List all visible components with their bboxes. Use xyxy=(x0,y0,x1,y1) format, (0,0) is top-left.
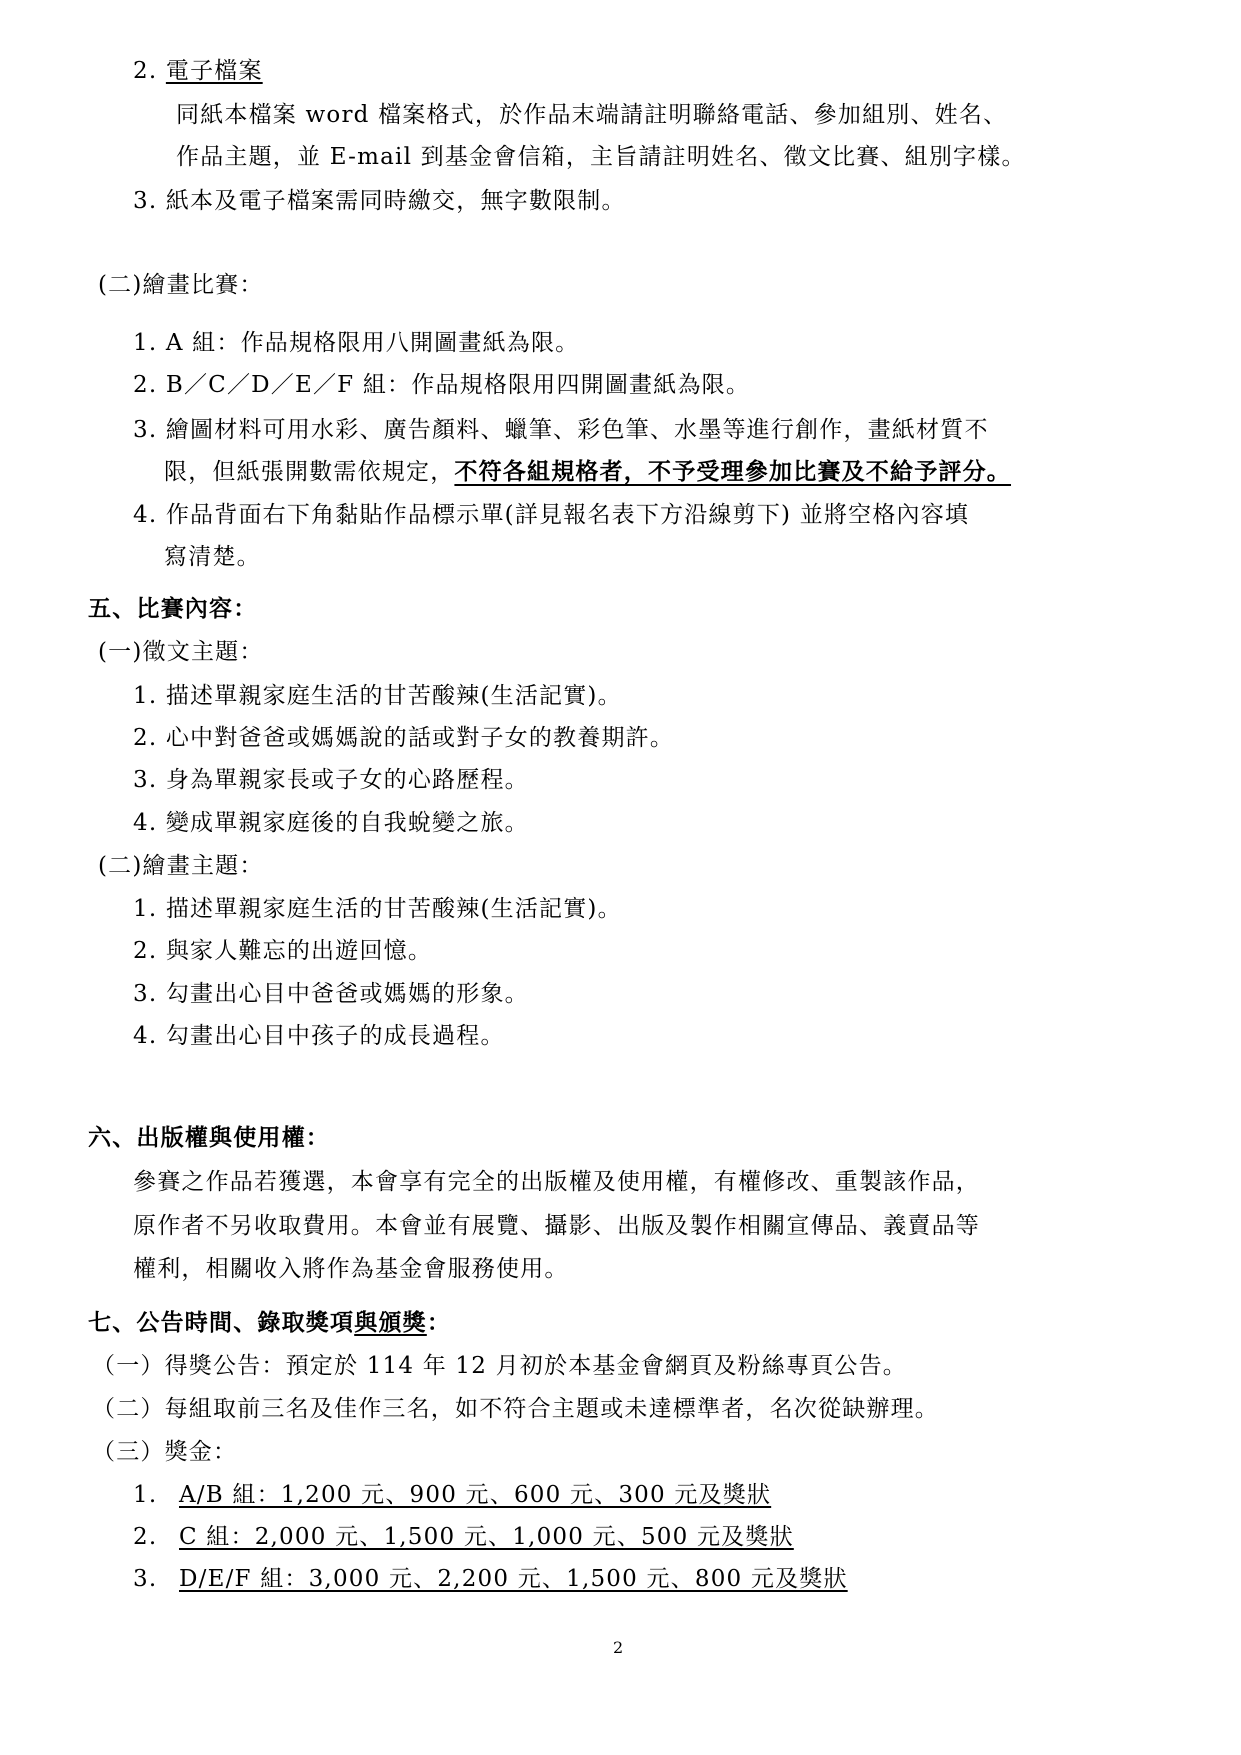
section-heading: 六、出版權與使用權： xyxy=(88,1123,330,1153)
list-item: 4. 勾畫出心目中孩子的成長過程。 xyxy=(133,1021,505,1051)
list-item: （一）得獎公告：預定於 114 年 12 月初於本基金會網頁及粉絲專頁公告。 xyxy=(92,1351,907,1381)
prize-item: 3.D/E/F 組：3,000 元、2,200 元、1,500 元、800 元及… xyxy=(133,1564,848,1594)
prize-item: 1.A/B 組：1,200 元、900 元、600 元、300 元及獎狀 xyxy=(133,1480,771,1510)
paragraph-line: 限，但紙張開數需依規定，不符各組規格者，不予受理參加比賽及不給予評分。 xyxy=(164,457,1011,487)
prize-text: A/B 組：1,200 元、900 元、600 元、300 元及獎狀 xyxy=(179,1482,771,1508)
heading-text: 七、公告時間、錄取獎項 xyxy=(88,1310,354,1336)
paragraph-line: 作品主題，並 E-mail 到基金會信箱，主旨請註明姓名、徵文比賽、組別字樣。 xyxy=(176,142,1026,172)
list-item: 3. 繪圖材料可用水彩、廣告顏料、蠟筆、彩色筆、水墨等進行創作，畫紙材質不 xyxy=(133,415,989,445)
item-number: 2. xyxy=(133,58,157,84)
list-item: 4. 作品背面右下角黏貼作品標示單(詳見報名表下方沿線剪下) 並將空格內容填 xyxy=(133,500,969,530)
emphasis-text: 不符各組規格者，不予受理參加比賽及不給予評分。 xyxy=(454,459,1011,485)
list-item: 2. B／C／D／E／F 組：作品規格限用四開圖畫紙為限。 xyxy=(133,370,750,400)
list-item-electronic-file: 2. 電子檔案 xyxy=(133,56,263,86)
list-item: 1. A 組：作品規格限用八開圖畫紙為限。 xyxy=(133,328,579,358)
page-number: 2 xyxy=(613,1638,623,1657)
paragraph-line: 寫清楚。 xyxy=(164,542,261,572)
section-heading: 五、比賽內容： xyxy=(88,594,257,624)
prize-text: D/E/F 組：3,000 元、2,200 元、1,500 元、800 元及獎狀 xyxy=(179,1566,848,1592)
list-item: 3. 紙本及電子檔案需同時繳交，無字數限制。 xyxy=(133,186,626,216)
item-number: 3. xyxy=(133,1564,179,1594)
prize-item: 2.C 組：2,000 元、1,500 元、1,000 元、500 元及獎狀 xyxy=(133,1522,794,1552)
subsection-heading: (一)徵文主題： xyxy=(98,637,264,667)
list-item: 1. 描述單親家庭生活的甘苦酸辣(生活記實)。 xyxy=(133,681,622,711)
list-item: 1. 描述單親家庭生活的甘苦酸辣(生活記實)。 xyxy=(133,894,622,924)
item-number: 2. xyxy=(133,1522,179,1552)
list-item: 2. 與家人難忘的出遊回憶。 xyxy=(133,936,432,966)
paragraph-line: 原作者不另收取費用。本會並有展覽、攝影、出版及製作相關宣傳品、義賣品等 xyxy=(133,1211,980,1241)
list-item: 3. 勾畫出心目中爸爸或媽媽的形象。 xyxy=(133,979,529,1009)
list-item: （二）每組取前三名及佳作三名，如不符合主題或未達標準者，名次從缺辦理。 xyxy=(92,1394,939,1424)
heading-underlined-text: 與頒獎 xyxy=(354,1310,427,1336)
list-item: 3. 身為單親家長或子女的心路歷程。 xyxy=(133,765,529,795)
paragraph-line: 參賽之作品若獲選，本會享有完全的出版權及使用權，有權修改、重製該作品， xyxy=(133,1167,980,1197)
paragraph-line: 權利，相關收入將作為基金會服務使用。 xyxy=(133,1254,569,1284)
list-item: （三）獎金： xyxy=(92,1437,237,1467)
paragraph-line: 同紙本檔案 word 檔案格式，於作品末端請註明聯絡電話、參加組別、姓名、 xyxy=(176,100,1007,130)
heading-colon: ： xyxy=(427,1310,451,1336)
section-heading: 七、公告時間、錄取獎項與頒獎： xyxy=(88,1308,451,1338)
list-item: 4. 變成單親家庭後的自我蛻變之旅。 xyxy=(133,808,529,838)
plain-text: 限，但紙張開數需依規定， xyxy=(164,459,454,485)
prize-text: C 組：2,000 元、1,500 元、1,000 元、500 元及獎狀 xyxy=(179,1524,794,1550)
item-title: 電子檔案 xyxy=(166,58,263,84)
item-number: 1. xyxy=(133,1480,179,1510)
subsection-heading: (二)繪畫比賽： xyxy=(98,270,264,300)
subsection-heading: (二)繪畫主題： xyxy=(98,851,264,881)
list-item: 2. 心中對爸爸或媽媽說的話或對子女的教養期許。 xyxy=(133,723,674,753)
